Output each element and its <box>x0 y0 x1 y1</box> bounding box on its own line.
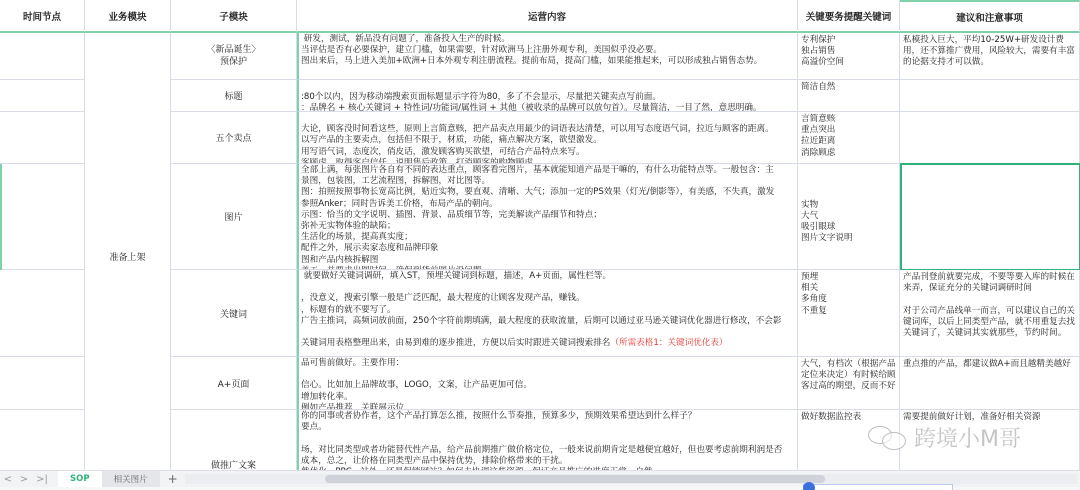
keywords-cell[interactable]: 实物 大气 吸引眼球 图片文字说明 <box>798 164 900 270</box>
business-module-label: 准备上架 <box>109 250 145 263</box>
ime-toolbar[interactable] <box>803 484 953 490</box>
time-node-cell[interactable] <box>0 112 85 164</box>
advice-cell[interactable] <box>900 112 1080 164</box>
ops-content-cell[interactable]: 你的同事或者协作者，这个产品打算怎么推，按照什么节奏推，预算多少，预期效果希望达… <box>297 410 798 470</box>
sub-module-cell[interactable]: 关键词 <box>171 270 297 357</box>
sub-module-cell[interactable]: A+页面 <box>171 357 297 410</box>
time-node-cell[interactable] <box>0 270 85 357</box>
time-node-cell[interactable] <box>0 410 85 470</box>
time-node-cell[interactable] <box>0 164 85 270</box>
sub-module-cell[interactable]: 做推广文案 <box>171 410 297 470</box>
spreadsheet-area: 时间节点 业务模块 子模块 运营内容 关键要务提醒关键词 建议和注意事项 准备上… <box>0 0 1080 470</box>
ime-logo-icon[interactable] <box>803 482 815 490</box>
header-business-module[interactable]: 业务模块 <box>85 0 171 33</box>
keywords-cell[interactable]: 大气，有档次（根据产品 定位来决定）有时候给顾 客过高的期望，反而不好 <box>798 357 900 410</box>
keywords-cell[interactable]: 预埋 相关 多角度 不重复 <box>798 270 900 357</box>
advice-cell[interactable]: 私模投入巨大，平均10-25W+研发设计费用，还不算推广费用，风险较大，需要有丰… <box>900 33 1080 80</box>
ops-content-cell[interactable]: 就要做好关键词调研，填入ST，预埋关键词到标题，描述，A+页面，属性栏等。 ，没… <box>297 270 798 357</box>
sub-module-cell[interactable]: 标题 <box>171 80 297 112</box>
required-table-note: （所需表格1：关键词优化表） <box>610 338 727 348</box>
row-highlight-marker <box>0 164 2 270</box>
keywords-cell[interactable]: 简洁自然 <box>798 80 900 112</box>
last-sheet-icon[interactable]: >| <box>32 474 52 485</box>
business-module-cell[interactable]: 准备上架 <box>85 33 171 470</box>
scrollbar-thumb[interactable] <box>325 475 825 483</box>
time-node-cell[interactable] <box>0 80 85 112</box>
next-sheet-icon[interactable]: > <box>16 474 32 485</box>
sheet-tab-related-images[interactable]: 相关图片 <box>102 471 160 488</box>
sub-module-cell[interactable]: 图片 <box>171 164 297 270</box>
ops-content-cell[interactable]: 研发，测试，新品没有问题了，准备投入生产的时候。 当评估是否有必要保护，建立门槛… <box>297 33 798 80</box>
add-sheet-button[interactable]: + <box>160 472 186 486</box>
prev-sheet-icon[interactable]: < <box>0 474 16 485</box>
advice-cell-selected[interactable] <box>900 164 1080 270</box>
sub-module-cell[interactable]: 〈新品诞生〉 预保护 <box>171 33 297 80</box>
advice-cell[interactable]: 需要提前做好计划，准备好相关资源 <box>900 410 1080 470</box>
header-keywords[interactable]: 关键要务提醒关键词 <box>798 0 900 33</box>
time-node-cell[interactable] <box>0 33 85 80</box>
ops-content-cell[interactable]: :80个以内，因为移动端搜索页面标题显示字符为80，多了不会显示，尽量把关键卖点… <box>297 80 798 112</box>
ops-content-cell[interactable]: 大论，顾客没时间看这些，原则上言简意赅，把产品卖点用最少的词语表达清楚，可以用写… <box>297 112 798 164</box>
ops-content-cell[interactable]: 品可售前做好。主要作用： 信心。比如加上品牌故事，LOGO，文案，让产品更加可信… <box>297 357 798 410</box>
keywords-cell[interactable]: 做好数据监控表 <box>798 410 900 470</box>
header-ops-content[interactable]: 运营内容 <box>297 0 798 33</box>
header-sub-module[interactable]: 子模块 <box>171 0 297 33</box>
advice-cell[interactable] <box>900 80 1080 112</box>
horizontal-scrollbar[interactable] <box>185 474 1077 484</box>
header-advice[interactable]: 建议和注意事项 <box>900 0 1080 33</box>
ops-content-cell[interactable]: 全部上满，每张图片各自有不同的表达重点，顾客看完图片，基本就能知道产品是干嘛的，… <box>297 164 798 270</box>
ops-content-text: 就要做好关键词调研，填入ST，预埋关键词到标题，描述，A+页面，属性栏等。 ，没… <box>301 271 781 348</box>
header-time-node[interactable]: 时间节点 <box>0 0 85 33</box>
keywords-cell[interactable]: 专利保护 独占销售 高溢价空间 <box>798 33 900 80</box>
advice-cell[interactable]: 产品刊登前就要完成，不要等要入库的时候在来弄，保证充分的关键词调研时间 对于公司… <box>900 270 1080 357</box>
sheet-tab-sop[interactable]: SOP <box>58 471 102 488</box>
advice-cell[interactable]: 重点推的产品，都建议做A+而且越精美越好 <box>900 357 1080 410</box>
time-node-cell[interactable] <box>0 357 85 410</box>
sub-module-cell[interactable]: 五个卖点 <box>171 112 297 164</box>
keywords-cell[interactable]: 言简意赅 重点突出 拉近距离 消除顾虑 <box>798 112 900 164</box>
